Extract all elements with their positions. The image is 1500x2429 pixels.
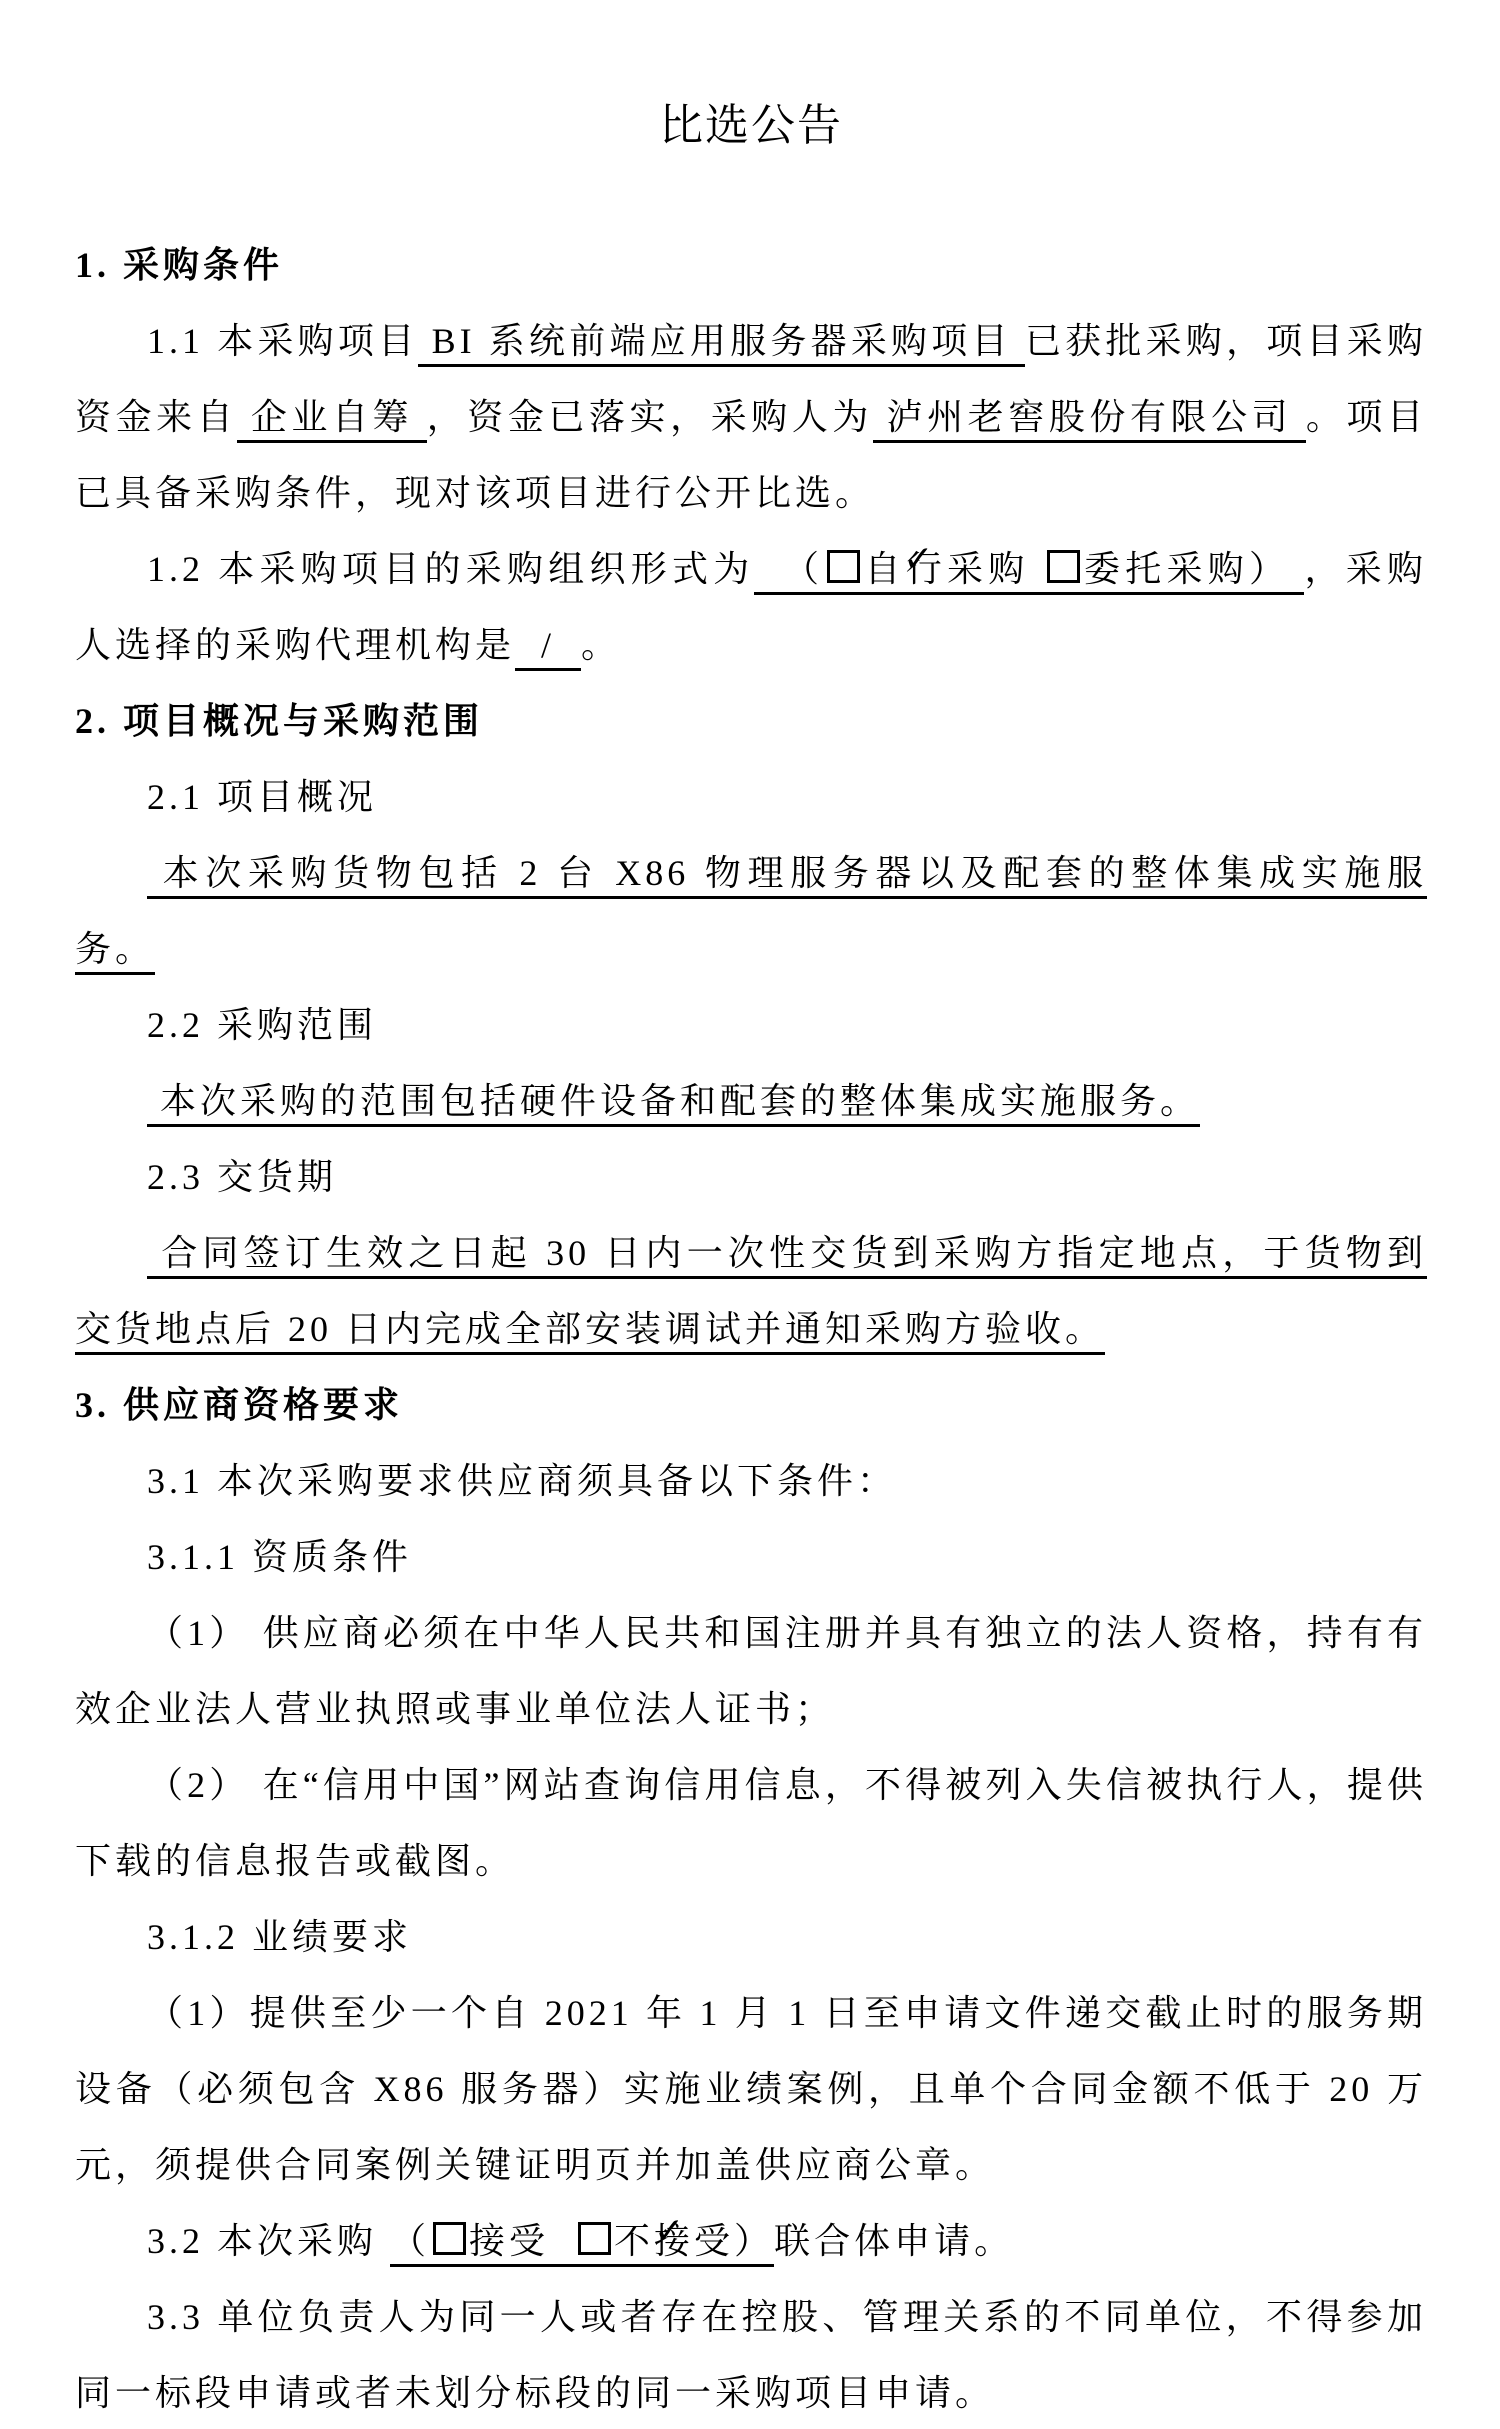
text-run: 3.1.2 业绩要求 — [147, 1917, 412, 1957]
text-run: 1.1 本采购项目 — [147, 321, 418, 361]
text-run: 3.2 本次采购 — [147, 2221, 390, 2261]
checkbox-empty-icon — [433, 2222, 466, 2255]
text-run: 2. 项目概况与采购范围 — [75, 701, 483, 741]
para-1-1: 1.1 本采购项目 BI 系统前端应用服务器采购项目 已获批采购，项目采购资金来… — [75, 303, 1427, 531]
section-2-heading: 2. 项目概况与采购范围 — [75, 683, 1427, 759]
text-run: （2） 在“信用中国”网站查询信用信息，不得被列入失信被执行人，提供下载的信息报… — [75, 1765, 1427, 1881]
checkbox-run — [575, 2221, 614, 2267]
checkbox-run — [824, 549, 863, 595]
blank-fill: 泸州老窖股份有限公司 — [873, 397, 1306, 443]
section-1-heading: 1. 采购条件 — [75, 227, 1427, 303]
para-3-2: 3.2 本次采购 （接受 不接受）联合体申请。 — [75, 2203, 1427, 2279]
text-run: 2.2 采购范围 — [147, 1005, 377, 1045]
text-run: （1）提供至少一个自 2021 年 1 月 1 日至申请文件递交截止时的服务期设… — [75, 1993, 1427, 2185]
text-run: 联合体申请。 — [774, 2221, 1014, 2261]
text-run: 1.2 本采购项目的采购组织形式为 — [147, 549, 754, 589]
para-3-3: 3.3 单位负责人为同一人或者存在控股、管理关系的不同单位，不得参加同一标段申请… — [75, 2279, 1427, 2429]
checkbox-checked-icon — [578, 2222, 611, 2255]
text-run: 3.1 本次采购要求供应商须具备以下条件： — [147, 1461, 897, 1501]
para-3-1: 3.1 本次采购要求供应商须具备以下条件： — [75, 1443, 1427, 1519]
para-2-3-content: 合同签订生效之日起 30 日内一次性交货到采购方指定地点，于货物到交货地点后 2… — [75, 1215, 1427, 1367]
text-run: 3.1.1 资质条件 — [147, 1537, 412, 1577]
blank-fill: 合同签订生效之日起 30 日内一次性交货到采购方指定地点，于货物到交货地点后 2… — [75, 1233, 1427, 1355]
para-3-1-1: 3.1.1 资质条件 — [75, 1519, 1427, 1595]
para-3-1-1-item-1: （1） 供应商必须在中华人民共和国注册并具有独立的法人资格，持有有效企业法人营业… — [75, 1595, 1427, 1747]
checkbox-empty-icon — [1047, 550, 1080, 583]
document-title: 比选公告 — [75, 86, 1427, 166]
text-run: 3. 供应商资格要求 — [75, 1385, 403, 1425]
para-2-2: 2.2 采购范围 — [75, 987, 1427, 1063]
para-2-2-content: 本次采购的范围包括硬件设备和配套的整体集成实施服务。 — [75, 1063, 1427, 1139]
blank-fill: BI 系统前端应用服务器采购项目 — [418, 321, 1025, 367]
text-run: 2.1 项目概况 — [147, 777, 377, 817]
para-2-3: 2.3 交货期 — [75, 1139, 1427, 1215]
para-2-1-content: 本次采购货物包括 2 台 X86 物理服务器以及配套的整体集成实施服务。 — [75, 835, 1427, 987]
blank-fill: （ — [754, 549, 824, 595]
blank-fill: 本次采购货物包括 2 台 X86 物理服务器以及配套的整体集成实施服务。 — [75, 853, 1427, 975]
text-run: 3.3 单位负责人为同一人或者存在控股、管理关系的不同单位，不得参加同一标段申请… — [75, 2297, 1427, 2413]
blank-fill: （ — [390, 2221, 430, 2267]
checkbox-run — [1044, 549, 1083, 595]
text-run: ，资金已落实，采购人为 — [427, 397, 873, 437]
text-run: （1） 供应商必须在中华人民共和国注册并具有独立的法人资格，持有有效企业法人营业… — [75, 1613, 1427, 1729]
blank-fill: 委托采购） — [1083, 549, 1305, 595]
section-3-heading: 3. 供应商资格要求 — [75, 1367, 1427, 1443]
blank-fill: 企业自筹 — [237, 397, 426, 443]
checkbox-checked-icon — [827, 550, 860, 583]
checkbox-run — [430, 2221, 469, 2267]
para-3-1-1-item-2: （2） 在“信用中国”网站查询信用信息，不得被列入失信被执行人，提供下载的信息报… — [75, 1747, 1427, 1899]
document-page: 比选公告 1. 采购条件1.1 本采购项目 BI 系统前端应用服务器采购项目 已… — [0, 0, 1500, 2429]
blank-fill: / — [515, 625, 581, 671]
blank-fill: 接受 — [469, 2221, 575, 2267]
text-run: 2.3 交货期 — [147, 1157, 337, 1197]
text-run: 1. 采购条件 — [75, 245, 283, 285]
para-2-1: 2.1 项目概况 — [75, 759, 1427, 835]
document-body: 1. 采购条件1.1 本采购项目 BI 系统前端应用服务器采购项目 已获批采购，… — [75, 227, 1427, 2429]
para-3-1-2-item-1: （1）提供至少一个自 2021 年 1 月 1 日至申请文件递交截止时的服务期设… — [75, 1975, 1427, 2203]
para-1-2: 1.2 本采购项目的采购组织形式为 （自行采购 委托采购） ，采购人选择的采购代… — [75, 531, 1427, 683]
para-3-1-2: 3.1.2 业绩要求 — [75, 1899, 1427, 1975]
blank-fill: 本次采购的范围包括硬件设备和配套的整体集成实施服务。 — [147, 1081, 1200, 1127]
text-run: 。 — [581, 625, 621, 665]
